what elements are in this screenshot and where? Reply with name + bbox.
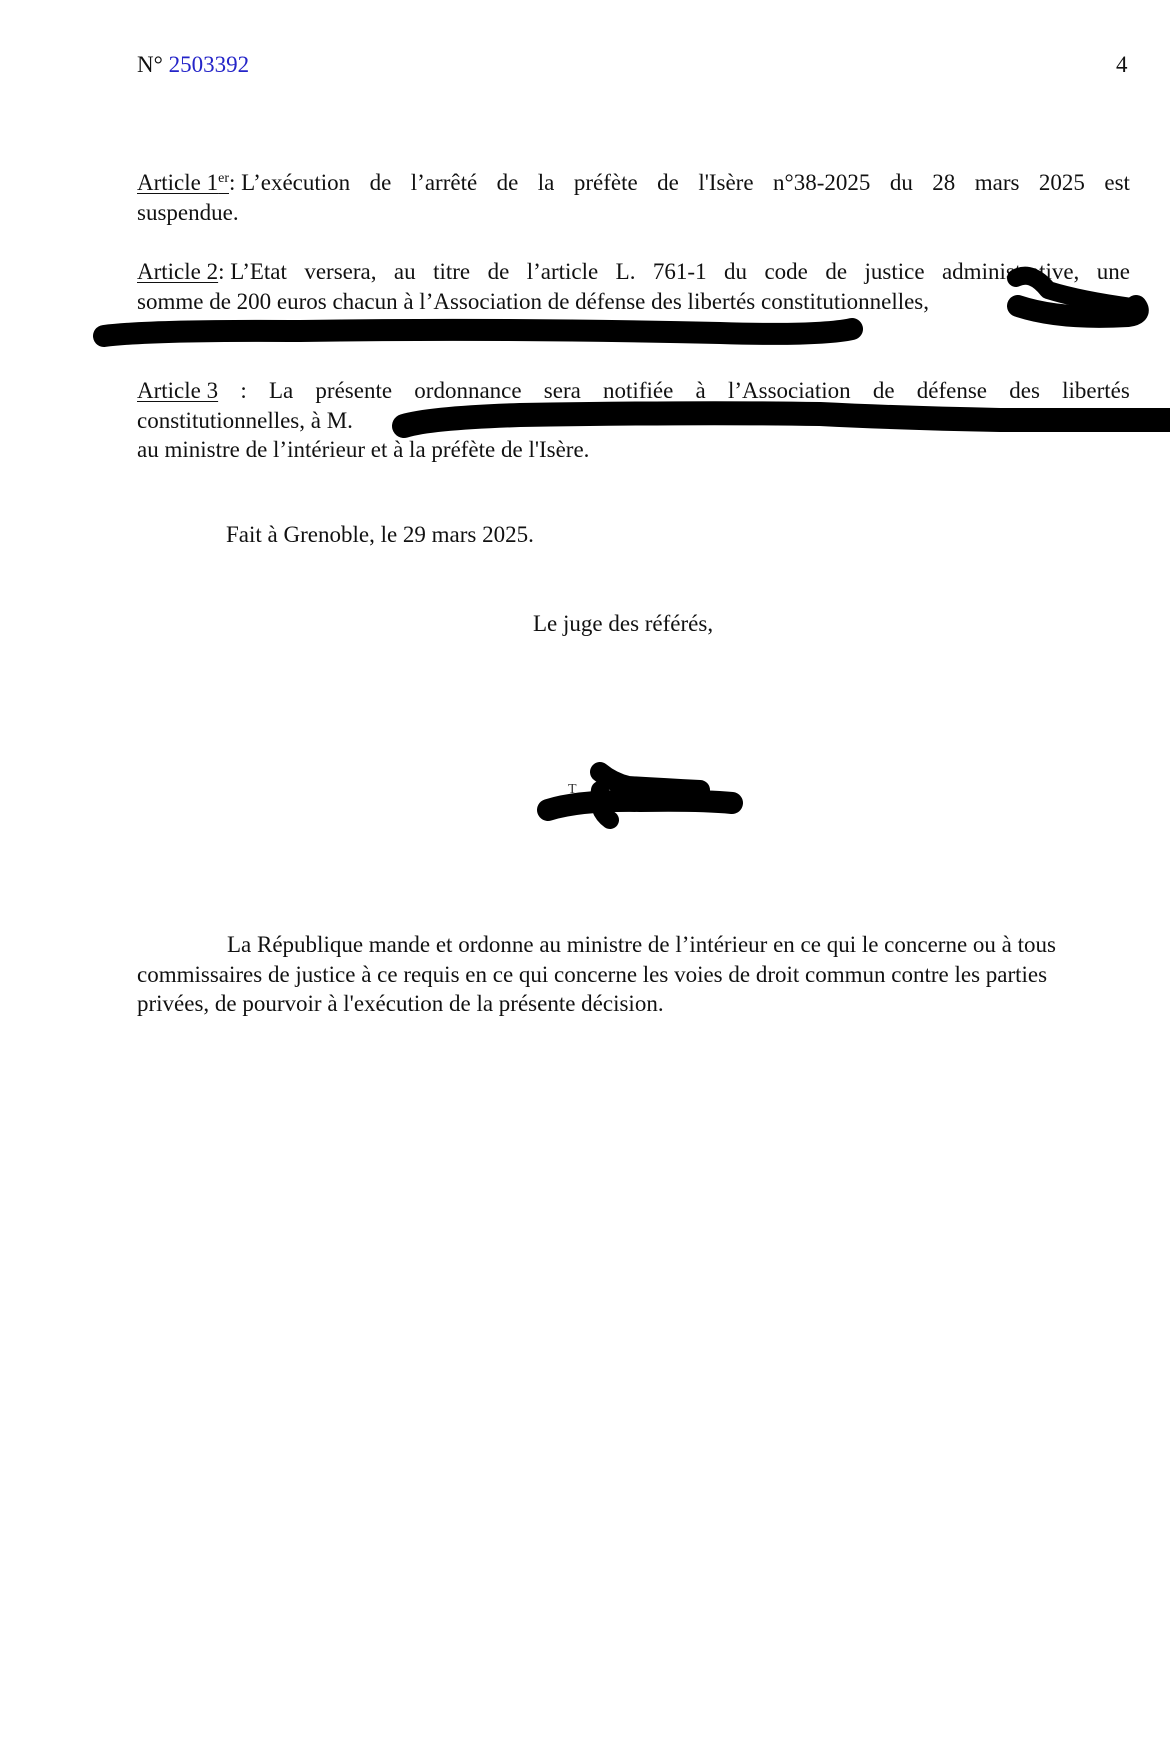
- word: une: [1097, 257, 1130, 287]
- word: l’article: [527, 257, 599, 287]
- article-1: Article 1er: L’exécution del’arrêtédelap…: [137, 168, 1130, 227]
- word: n°38-2025: [773, 168, 870, 198]
- case-reference: N° 2503392: [137, 50, 249, 80]
- word: titre: [433, 257, 470, 287]
- word: de: [657, 168, 679, 198]
- word: de: [488, 257, 510, 287]
- document-page: N° 2503392 4 Article 1er: L’exécution de…: [0, 0, 1170, 1762]
- word: de: [825, 257, 847, 287]
- word: est: [1104, 168, 1130, 198]
- word: l’arrêté: [411, 168, 477, 198]
- redaction-stroke-signature-hook: [599, 790, 610, 820]
- word: du: [724, 257, 747, 287]
- word: de: [873, 376, 895, 406]
- word: de: [370, 168, 392, 198]
- word: :: [240, 376, 246, 406]
- word: sera: [544, 376, 581, 406]
- formula-line-1: La République mande et ordonne au minist…: [137, 930, 1130, 960]
- word: L.: [616, 257, 636, 287]
- word: présente: [315, 376, 392, 406]
- word: la: [538, 168, 555, 198]
- article-3-line-1: Article 3 :Laprésenteordonnanceseranotif…: [137, 376, 1130, 406]
- word: défense: [917, 376, 987, 406]
- word: justice: [864, 257, 924, 287]
- word: préfète: [574, 168, 638, 198]
- article-3-label: Article 3: [137, 376, 218, 406]
- article-2-line-3-redacted: [137, 316, 1130, 346]
- word: des: [1009, 376, 1040, 406]
- word: : L’exécution: [229, 170, 350, 195]
- signature-fragment: T: [568, 782, 577, 798]
- word: l'Isère: [698, 168, 753, 198]
- article-3-line-3: au ministre de l’intérieur et à la préfè…: [137, 435, 1130, 465]
- article-2: Article 2: L’Etat versera,autitredel’art…: [137, 257, 1130, 346]
- word: libertés: [1062, 376, 1130, 406]
- redaction-stroke-signature-top: [600, 772, 700, 790]
- word: code: [764, 257, 807, 287]
- article-2-label: Article 2: L’Etat: [137, 257, 287, 287]
- redaction-stroke-signature-bottom: [548, 801, 732, 810]
- enforcement-formula: La République mande et ordonne au minist…: [137, 930, 1130, 1019]
- article-3-line-2: constitutionnelles, à M.: [137, 406, 1130, 436]
- word: du: [890, 168, 913, 198]
- word: ordonnance: [414, 376, 521, 406]
- word: 761-1: [653, 257, 707, 287]
- word: versera,: [304, 257, 376, 287]
- case-number-prefix: N°: [137, 52, 163, 77]
- word: l’Association: [728, 376, 851, 406]
- judge-title: Le juge des référés,: [533, 609, 713, 639]
- word: mars: [975, 168, 1020, 198]
- article-2-line-1: Article 2: L’Etat versera,autitredel’art…: [137, 257, 1130, 287]
- word: à: [696, 376, 706, 406]
- word: notifiée: [603, 376, 673, 406]
- word: au: [394, 257, 416, 287]
- article-1-line-1: Article 1er: L’exécution del’arrêtédelap…: [137, 168, 1130, 198]
- case-number: 2503392: [169, 52, 250, 77]
- word: : L’Etat: [218, 259, 287, 284]
- word: 28: [932, 168, 955, 198]
- word: de: [497, 168, 519, 198]
- article-1-line-2: suspendue.: [137, 198, 1130, 228]
- page-number: 4: [1116, 50, 1128, 80]
- article-2-line-2: somme de 200 euros chacun à l’Associatio…: [137, 287, 1130, 317]
- formula-line-3: privées, de pourvoir à l'exécution de la…: [137, 989, 1130, 1019]
- word: 2025: [1039, 168, 1085, 198]
- formula-line-2: commissaires de justice à ce requis en c…: [137, 960, 1130, 990]
- word: La: [269, 376, 293, 406]
- word: administrative,: [942, 257, 1079, 287]
- place-and-date: Fait à Grenoble, le 29 mars 2025.: [226, 520, 534, 550]
- article-3: Article 3 :Laprésenteordonnanceseranotif…: [137, 376, 1130, 465]
- article-1-label: Article 1er: L’exécution: [137, 168, 350, 198]
